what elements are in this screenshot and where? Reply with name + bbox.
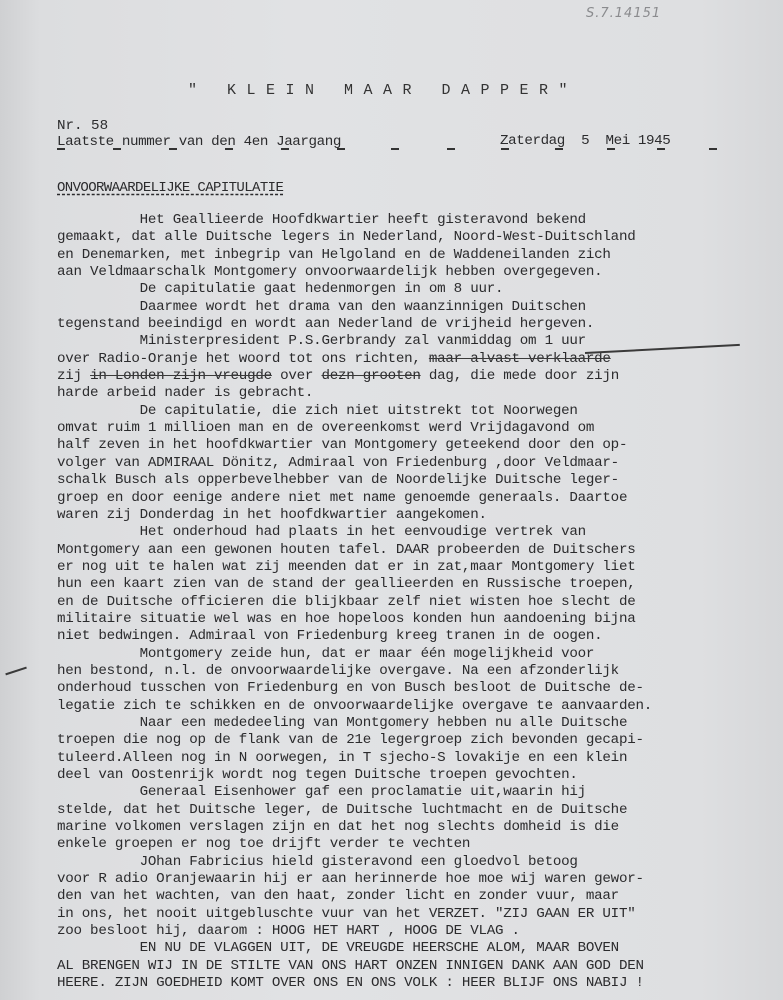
body-line: De capitulatie gaat hedenmorgen in om 8 …: [57, 281, 747, 298]
body-line: half zeven in het hoofdkwartier van Mont…: [57, 437, 747, 454]
body-line: en de Duitsche officieren die blijkbaar …: [57, 594, 747, 611]
body-line: Generaal Eisenhower gaf een proclamatie …: [57, 784, 747, 801]
body-line: EN NU DE VLAGGEN UIT, DE VREUGDE HEERSCH…: [57, 940, 747, 957]
body-line: niet bedwingen. Admiraal von Friedenburg…: [57, 628, 747, 645]
body-line: militaire situatie wel was en hoe hopelo…: [57, 611, 747, 628]
struck-text: in Londen zijn vreugde: [90, 368, 272, 384]
body-line: waren zij Donderdag in het hoofdkwartier…: [57, 507, 747, 524]
body-line: AL BRENGEN WIJ IN DE STILTE VAN ONS HART…: [57, 958, 747, 975]
body-line-struck: over Radio-Oranje het woord tot ons rich…: [57, 351, 747, 368]
body-line: schalk Busch als opperbevelhebber van de…: [57, 472, 747, 489]
body-line: zoo besloot hij, daarom : HOOG HET HART …: [57, 923, 747, 940]
body-line: Het onderhoud had plaats in het eenvoudi…: [57, 524, 747, 541]
struck-text: maar alvast verklaarde: [429, 351, 611, 367]
body-line: troepen die nog op de flank van de 21e l…: [57, 732, 747, 749]
body-line: tegenstand beeindigd en wordt aan Nederl…: [57, 316, 747, 333]
body-line: hen bestond, n.l. de onvoorwaardelijke o…: [57, 663, 747, 680]
body-line: Montgomery aan een gewonen houten tafel.…: [57, 542, 747, 559]
margin-pen-mark: [5, 667, 26, 675]
body-line: Daarmee wordt het drama van den waanzinn…: [57, 299, 747, 316]
newsletter-masthead: " KLEIN MAAR DAPPER": [188, 82, 578, 99]
body-line: er nog uit te halen wat zij meenden dat …: [57, 559, 747, 576]
body-line: HEERE. ZIJN GOEDHEID KOMT OVER ONS EN ON…: [57, 975, 747, 992]
body-line: Naar een mededeeling van Montgomery hebb…: [57, 715, 747, 732]
body-line: hun een kaart zien van de stand der geal…: [57, 576, 747, 593]
body-line: volger van ADMIRAAL Dönitz, Admiraal von…: [57, 455, 747, 472]
body-line: enkele groepen er nog toe drijft verder …: [57, 836, 747, 853]
body-line: tuleerd.Alleen nog in N oorwegen, in T s…: [57, 750, 747, 767]
body-line: gemaakt, dat alle Duitsche legers in Ned…: [57, 229, 747, 246]
body-line: marine volkomen verslagen zijn en dat he…: [57, 819, 747, 836]
body-line: harde arbeid nader is gebracht.: [57, 385, 747, 402]
body-line: legatie zich te schikken en de onvoorwaa…: [57, 698, 747, 715]
body-line: voor R adio Oranjewaarin hij er aan heri…: [57, 871, 747, 888]
body-line: stelde, dat het Duitsche leger, de Duits…: [57, 802, 747, 819]
issue-number: Nr. 58: [57, 118, 108, 135]
body-line-struck: zij in Londen zijn vreugde over dezn gro…: [57, 368, 747, 385]
body-line: in ons, het nooit uitgebluschte vuur van…: [57, 906, 747, 923]
body-line: JOhan Fabricius hield gisteravond een gl…: [57, 854, 747, 871]
body-line: den van het wachten, van den haat, zonde…: [57, 888, 747, 905]
article-heading: ONVOORWAARDELIJKE CAPITULATIE: [57, 180, 283, 196]
body-line: Montgomery zeide hun, dat er maar één mo…: [57, 646, 747, 663]
body-line: en Denemarken, met inbegrip van Helgolan…: [57, 247, 747, 264]
body-line: onderhoud tusschen von Friedenburg en vo…: [57, 680, 747, 697]
body-line: aan Veldmaarschalk Montgomery onvoorwaar…: [57, 264, 747, 281]
body-line: De capitulatie, die zich niet uitstrekt …: [57, 403, 747, 420]
article-body: Het Geallieerde Hoofdkwartier heeft gist…: [57, 212, 747, 992]
body-line: deel van Oostenrijk wordt nog tegen Duit…: [57, 767, 747, 784]
body-line: Het Geallieerde Hoofdkwartier heeft gist…: [57, 212, 747, 229]
archive-reference-mark: S.7.14151: [586, 6, 661, 21]
body-line: groep en door eenige andere niet met nam…: [57, 490, 747, 507]
dash-divider: [55, 148, 715, 152]
body-line: omvat ruim 1 millioen man en de overeenk…: [57, 420, 747, 437]
struck-text: dezn grooten: [321, 368, 420, 384]
typewritten-page: S.7.14151 " KLEIN MAAR DAPPER" Nr. 58 La…: [0, 0, 783, 1000]
